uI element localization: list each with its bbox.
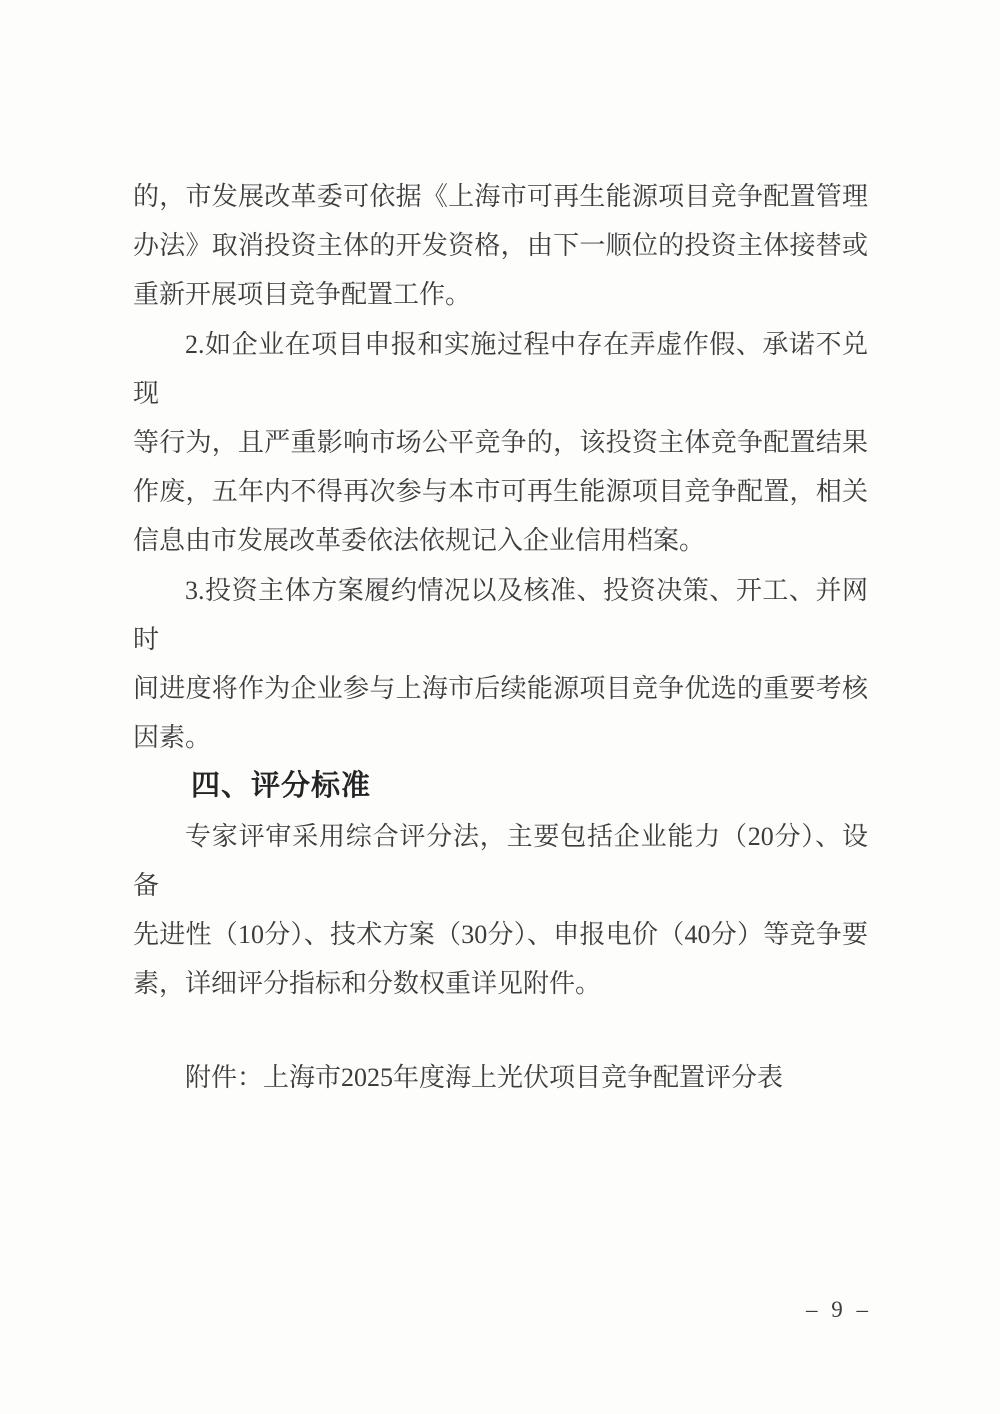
text-line: 的，市发展改革委可依据《上海市可再生能源项目竞争配置管理 [133, 172, 868, 221]
paragraph: 2.如企业在项目申报和实施过程中存在弄虚作假、承诺不兑现等行为，且严重影响市场公… [133, 320, 868, 566]
text-line: 重新开展项目竞争配置工作。 [133, 270, 868, 319]
text-line: 等行为，且严重影响市场公平竞争的，该投资主体竞争配置结果 [133, 418, 868, 467]
paragraph: 3.投资主体方案履约情况以及核准、投资决策、开工、并网时间进度将作为企业参与上海… [133, 566, 868, 763]
text-line: 2.如企业在项目申报和实施过程中存在弄虚作假、承诺不兑现 [133, 320, 868, 418]
paragraph: 的，市发展改革委可依据《上海市可再生能源项目竞争配置管理办法》取消投资主体的开发… [133, 172, 868, 320]
document-page: 的，市发展改革委可依据《上海市可再生能源项目竞争配置管理办法》取消投资主体的开发… [0, 0, 1000, 1414]
text-line: 办法》取消投资主体的开发资格，由下一顺位的投资主体接替或 [133, 221, 868, 270]
text-line: 3.投资主体方案履约情况以及核准、投资决策、开工、并网时 [133, 566, 868, 664]
text-line: 因素。 [133, 713, 868, 762]
document-body: 的，市发展改革委可依据《上海市可再生能源项目竞争配置管理办法》取消投资主体的开发… [133, 172, 868, 1103]
text-line: 先进性（10分）、技术方案（30分）、申报电价（40分）等竞争要 [133, 910, 868, 959]
text-line: 间进度将作为企业参与上海市后续能源项目竞争优选的重要考核 [133, 664, 868, 713]
text-line: 素，详细评分指标和分数权重详见附件。 [133, 959, 868, 1008]
text-line: 作废，五年内不得再次参与本市可再生能源项目竞争配置，相关 [133, 467, 868, 516]
text-line: 附件：上海市2025年度海上光伏项目竞争配置评分表 [133, 1053, 868, 1102]
text-line: 信息由市发展改革委依法依规记入企业信用档案。 [133, 516, 868, 565]
page-number: – 9 – [806, 1297, 872, 1323]
text-line: 专家评审采用综合评分法，主要包括企业能力（20分）、设备 [133, 812, 868, 910]
paragraph: 附件：上海市2025年度海上光伏项目竞争配置评分表 [133, 1053, 868, 1102]
paragraph: 专家评审采用综合评分法，主要包括企业能力（20分）、设备先进性（10分）、技术方… [133, 812, 868, 1009]
section-heading: 四、评分标准 [133, 762, 868, 811]
